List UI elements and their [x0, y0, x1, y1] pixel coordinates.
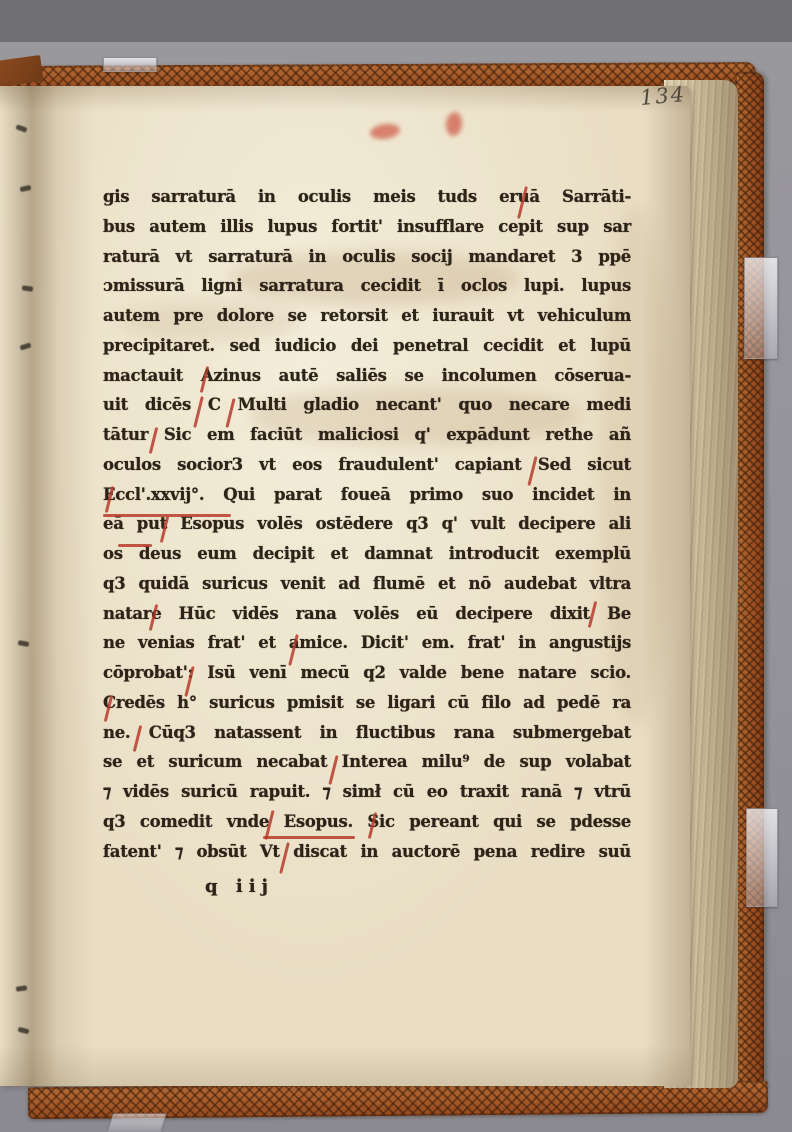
- text-line: q3 comedit vnde Esopus. Sic pereant qui …: [103, 807, 631, 837]
- rubrication-underline: [263, 836, 355, 839]
- sewing-stitch: [18, 640, 30, 647]
- text-line: se et suricum necabat Interea milu⁹ de s…: [103, 747, 631, 777]
- text-line: mactauit Azinus autē saliēs se incolumen…: [103, 361, 631, 391]
- signature-mark: q iij: [205, 876, 274, 897]
- sewing-stitch: [15, 124, 27, 132]
- text-line: autem pre dolore se retorsit et iurauit …: [103, 301, 631, 331]
- photo-scene: 134 gis sarraturā in oculis meis tuds er…: [0, 0, 792, 1132]
- text-line: fatent' ⁊ obsūt Vt discat in auctorē pen…: [103, 837, 631, 867]
- text-line: ɔmissurā ligni sarratura cecidit ī oclos…: [103, 271, 631, 301]
- text-line: oculos socior3 vt eos fraudulent' capian…: [103, 450, 631, 480]
- text-line: precipitaret. sed iudicio dei penetral c…: [103, 331, 631, 361]
- sewing-stitch: [16, 985, 28, 991]
- sewing-stitch: [20, 185, 32, 192]
- text-line: tātur Sic em faciūt maliciosi q' expādun…: [103, 420, 631, 450]
- text-line: cōprobat': Isū venī mecū q2 valde bene n…: [103, 658, 631, 688]
- text-line: ⁊ vidēs suricū rapuit. ⁊ simł cū eo trax…: [103, 777, 631, 807]
- text-line: natare Hūc vidēs rana volēs eū decipere …: [103, 599, 631, 629]
- folio-number: 134: [639, 82, 687, 110]
- page-holder-clip-top: [103, 57, 157, 72]
- text-block: gis sarraturā in oculis meis tuds eruā S…: [103, 182, 631, 866]
- text-line: os deus eum decipit et damnat introducit…: [103, 539, 631, 569]
- text-line: bus autem illis lupus fortit' insufflare…: [103, 212, 631, 242]
- text-line: gis sarraturā in oculis meis tuds eruā S…: [103, 182, 631, 212]
- page-holder-clip-bottom: [107, 1113, 167, 1132]
- text-line: ne venias frat' et amice. Dicit' em. fra…: [103, 628, 631, 658]
- text-line: ne. Cūq3 natassent in fluctibus rana sub…: [103, 718, 631, 748]
- rubrication-underline: [118, 544, 152, 547]
- text-line: raturā vt sarraturā in oculis socij mand…: [103, 242, 631, 272]
- page-holder-clip-right-lower: [746, 808, 778, 907]
- sewing-stitch: [18, 1027, 30, 1035]
- backdrop-top-band: [0, 0, 792, 42]
- text-line: Eccl'.xxvij°. Qui parat foueā primo suo …: [103, 480, 631, 510]
- text-line: q3 quidā suricus venit ad flumē et nō au…: [103, 569, 631, 599]
- page-holder-clip-right-upper: [744, 257, 778, 359]
- sewing-stitch: [19, 342, 31, 350]
- text-line: uit dicēs C Multi gladio necant' quo nec…: [103, 390, 631, 420]
- sewing-stitch: [22, 285, 34, 291]
- leather-cover-right-edge: [735, 72, 764, 1092]
- text-line: Credēs h° suricus pmisit se ligari cū fi…: [103, 688, 631, 718]
